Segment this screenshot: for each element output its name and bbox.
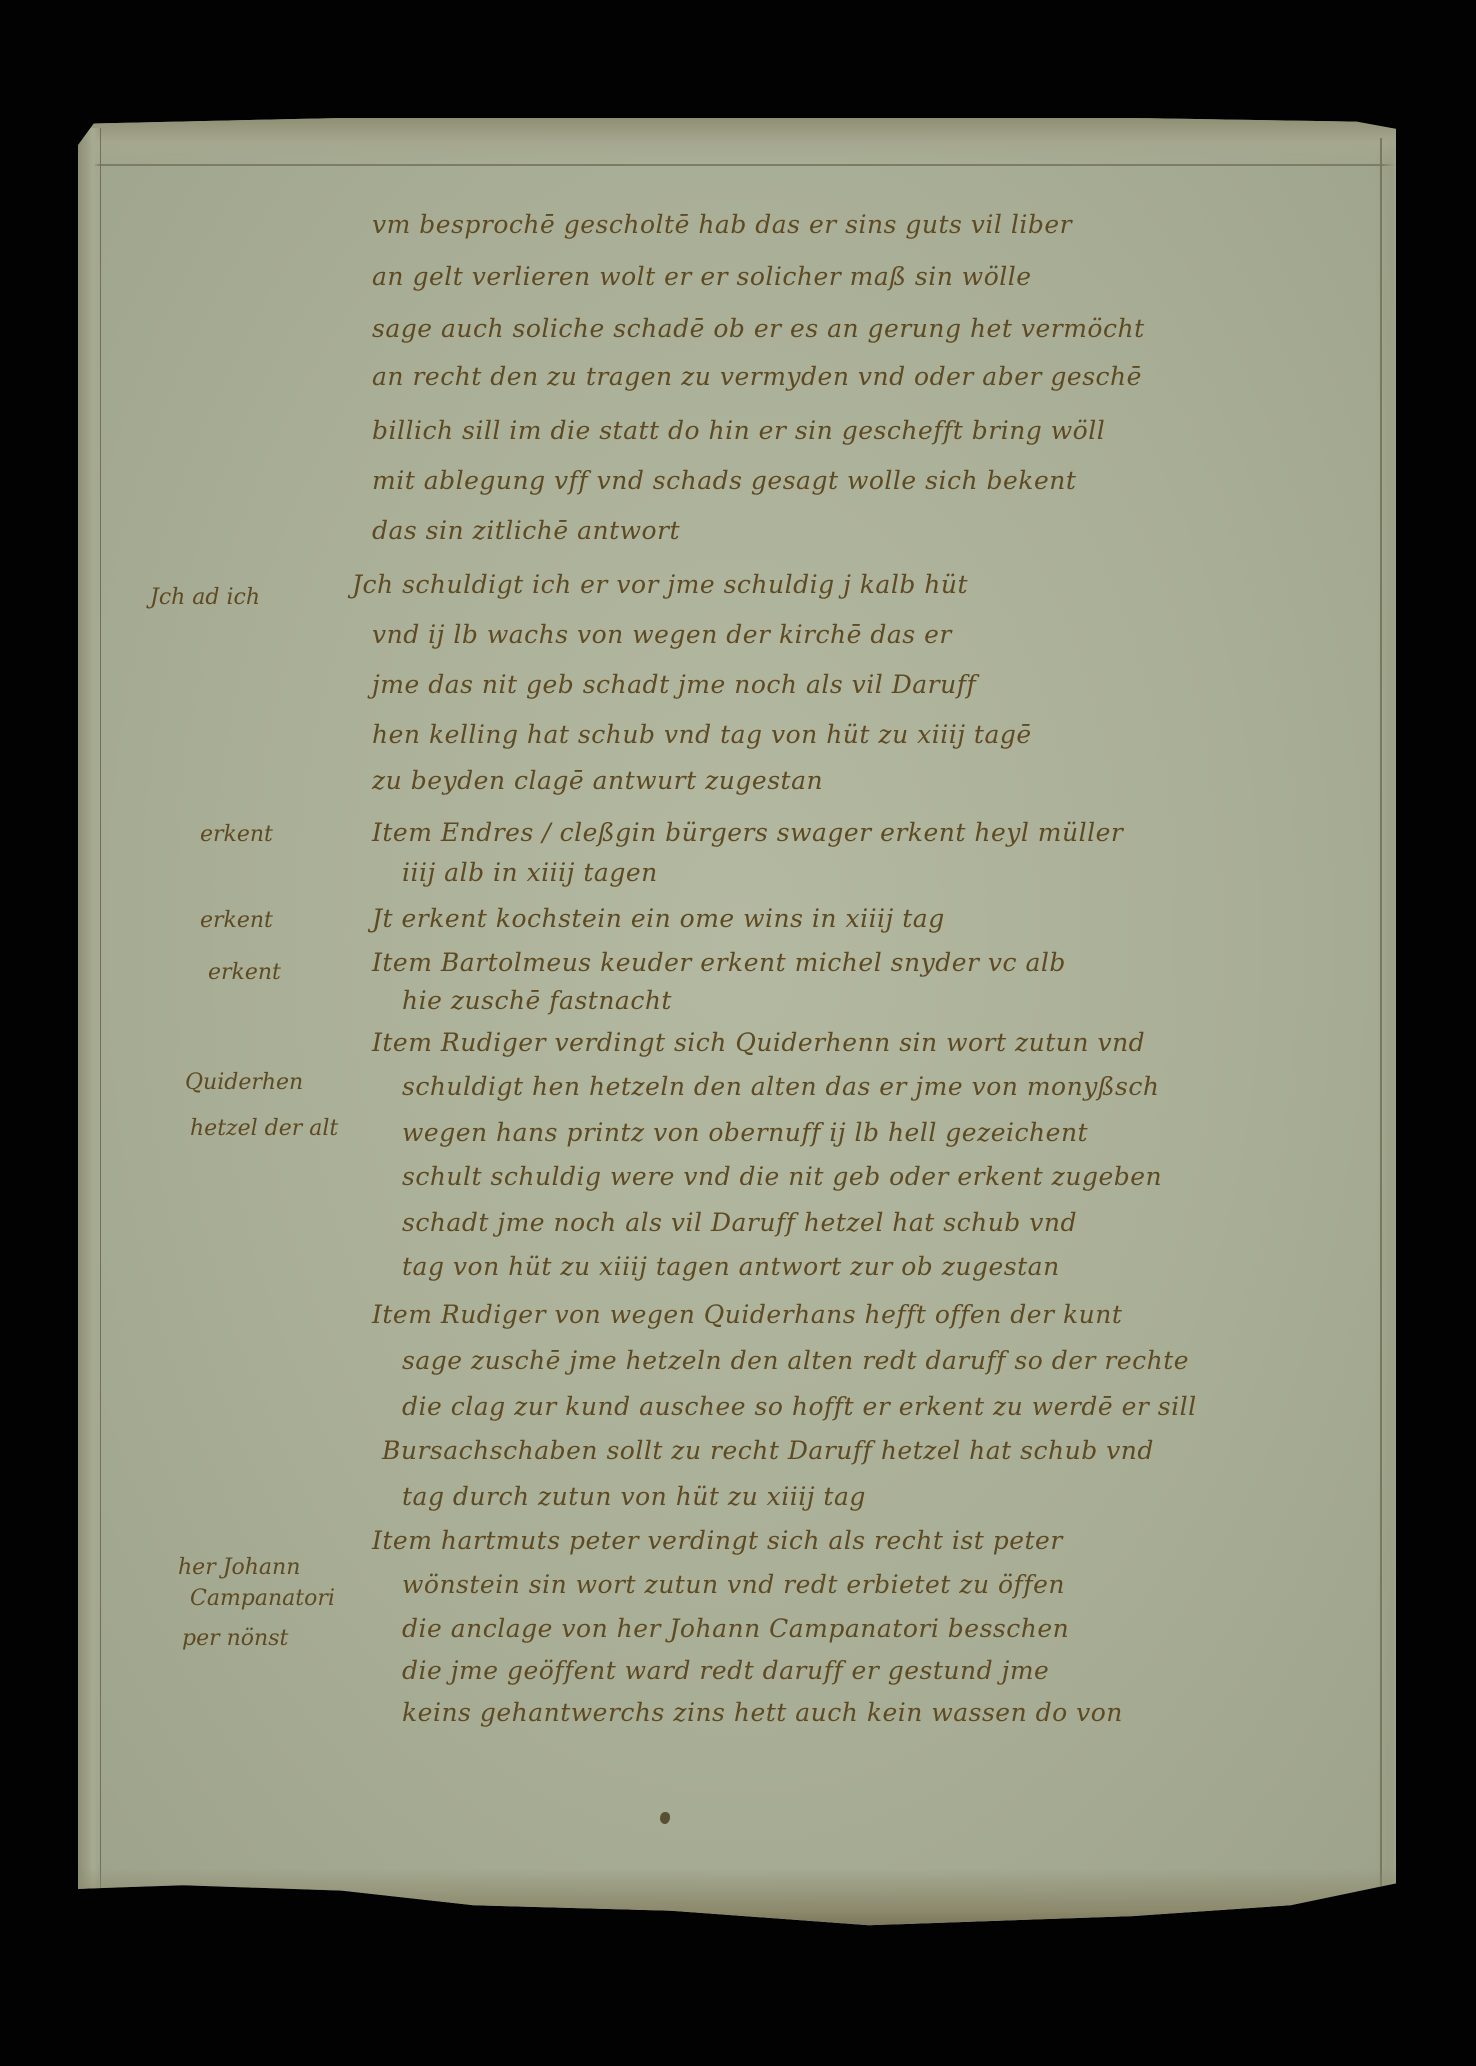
text-line: Item Bartolmeus keuder erkent michel sny… [372, 948, 1066, 977]
page-right-edge [1380, 138, 1396, 1898]
text-line: Item Rudiger von wegen Quiderhans hefft … [372, 1300, 1122, 1329]
text-line: jme das nit geb schadt jme noch als vil … [372, 670, 976, 699]
text-line: schadt jme noch als vil Daruff hetzel ha… [402, 1208, 1077, 1237]
text-line: mit ablegung vff vnd schads gesagt wolle… [372, 466, 1076, 495]
text-line: die clag zur kund auschee so hofft er er… [402, 1392, 1197, 1421]
text-line: hie zuschē fastnacht [402, 986, 672, 1015]
text-line: iiij alb in xiiij tagen [402, 858, 658, 887]
text-line: sage zuschē jme hetzeln den alten redt d… [402, 1346, 1189, 1375]
text-line: die anclage von her Johann Campanatori b… [402, 1614, 1069, 1643]
text-line: sage auch soliche schadē ob er es an ger… [372, 314, 1145, 343]
margin-note: Jch ad ich [150, 585, 260, 610]
text-line: zu beyden clagē antwurt zugestan [372, 766, 823, 795]
margin-note: erkent [208, 960, 281, 985]
text-line: billich sill im die statt do hin er sin … [372, 416, 1105, 445]
text-line: keins gehantwerchs zins hett auch kein w… [402, 1698, 1123, 1727]
text-line: Item hartmuts peter verdingt sich als re… [372, 1526, 1063, 1555]
text-line: das sin zitlichē antwort [372, 516, 680, 545]
text-line: Item Endres / cleßgin bürgers swager erk… [372, 818, 1123, 847]
page-left-edge [78, 128, 101, 1908]
margin-note: erkent [200, 908, 273, 933]
margin-note: her Johann [178, 1555, 300, 1580]
text-line: die jme geöffent ward redt daruff er ges… [402, 1656, 1049, 1685]
text-line: an recht den zu tragen zu vermyden vnd o… [372, 362, 1142, 391]
text-line: wegen hans printz von obernuff ij lb hel… [402, 1118, 1088, 1147]
margin-note: Campanatori [190, 1586, 335, 1611]
text-line: Item Rudiger verdingt sich Quiderhenn si… [372, 1028, 1145, 1057]
text-line: an gelt verlieren wolt er er solicher ma… [372, 262, 1032, 291]
text-line: Jch schuldigt ich er vor jme schuldig j … [352, 570, 968, 599]
text-line: vm besprochē gescholtē hab das er sins g… [372, 210, 1072, 239]
margin-note: per nönst [182, 1626, 288, 1651]
text-line: wönstein sin wort zutun vnd redt erbiete… [402, 1570, 1065, 1599]
text-line: hen kelling hat schub vnd tag von hüt zu… [372, 720, 1032, 749]
margin-note: hetzel der alt [190, 1116, 338, 1141]
text-line: schult schuldig were vnd die nit geb ode… [402, 1162, 1162, 1191]
text-line: schuldigt hen hetzeln den alten das er j… [402, 1072, 1159, 1101]
margin-note: Quiderhen [185, 1070, 303, 1095]
text-line: Bursachschaben sollt zu recht Daruff het… [382, 1436, 1154, 1465]
text-line: tag durch zutun von hüt zu xiiij tag [402, 1482, 866, 1511]
page-top-fold [78, 118, 1396, 166]
text-line: Jt erkent kochstein ein ome wins in xiii… [372, 904, 945, 933]
margin-note: erkent [200, 822, 273, 847]
text-line: vnd ij lb wachs von wegen der kirchē das… [372, 620, 952, 649]
text-line: tag von hüt zu xiiij tagen antwort zur o… [402, 1252, 1060, 1281]
